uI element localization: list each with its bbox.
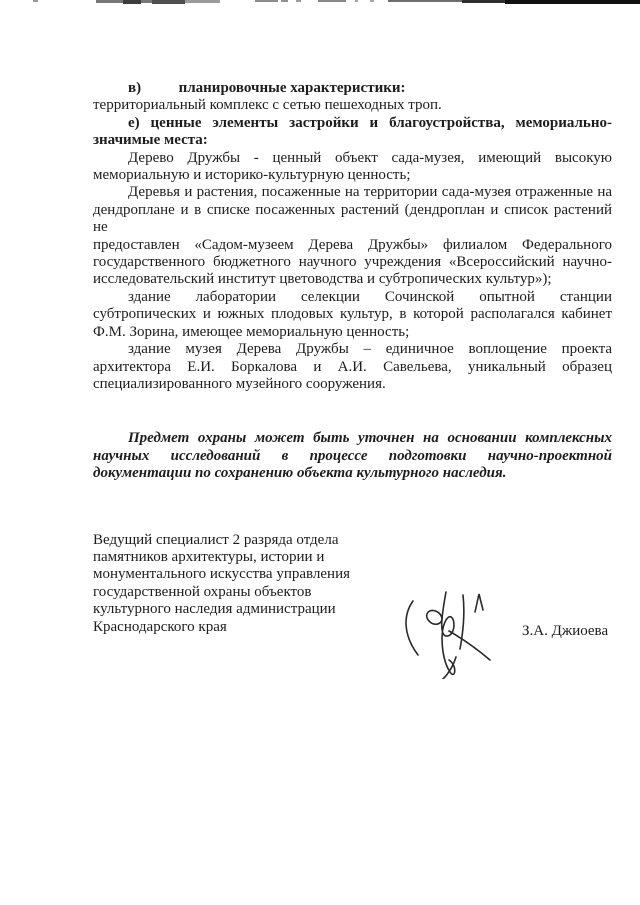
scan-artifact	[33, 0, 38, 2]
scanned-document-page: в) планировочные характеристики: террито…	[0, 0, 640, 905]
doc-line: государственного бюджетного научного учр…	[93, 254, 612, 271]
doc-line: здание лаборатории селекции Сочинской оп…	[93, 289, 612, 306]
doc-line-heading-e: е) ценные элементы застройки и благоустр…	[93, 115, 612, 132]
signee-title-line: монументального искусства управления	[93, 566, 403, 583]
doc-line: территориальный комплекс с сетью пешеход…	[93, 97, 612, 114]
doc-line: Ф.М. Зорина, имеющее мемориальную ценнос…	[93, 324, 612, 341]
doc-line-note: документации по сохранению объекта культ…	[93, 465, 612, 482]
scan-artifact	[281, 0, 288, 2]
signee-title-line: Ведущий специалист 2 разряда отдела	[93, 532, 403, 549]
scan-artifact	[370, 0, 374, 2]
signee-title: Ведущий специалист 2 разряда отдела памя…	[93, 532, 403, 636]
scan-artifact	[255, 0, 278, 2]
doc-line: мемориальную и историко-культурную ценно…	[93, 167, 612, 184]
doc-line: здание музея Дерева Дружбы – единичное в…	[93, 341, 612, 358]
handwritten-signature-icon	[401, 587, 491, 679]
signee-title-line: Краснодарского края	[93, 619, 403, 636]
signee-title-line: культурного наследия администрации	[93, 601, 403, 618]
doc-line-heading-v: в) планировочные характеристики:	[93, 80, 612, 97]
doc-line: исследовательский институт цветоводства …	[93, 271, 612, 288]
doc-line-note: Предмет охраны может быть уточнен на осн…	[93, 430, 612, 447]
scan-artifact	[96, 0, 126, 3]
scan-artifact	[296, 0, 301, 2]
signature-block: Ведущий специалист 2 разряда отдела памя…	[93, 532, 612, 692]
document-body: в) планировочные характеристики: террито…	[93, 80, 612, 692]
doc-line: предоставлен «Садом-музеем Дерева Дружбы…	[93, 237, 612, 254]
signee-name: З.А. Джиоева	[522, 623, 608, 640]
doc-line: Деревья и растения, посаженные на террит…	[93, 184, 612, 201]
doc-line: дендроплане и в списке посаженных растен…	[93, 202, 612, 237]
doc-line: архитектора Е.И. Боркалова и А.И. Савель…	[93, 359, 612, 376]
scan-artifact	[123, 0, 141, 4]
signee-title-line: государственной охраны объектов	[93, 584, 403, 601]
doc-line: Дерево Дружбы - ценный объект сада-музея…	[93, 150, 612, 167]
doc-line-note: научных исследований в процессе подготов…	[93, 448, 612, 465]
scan-artifact	[185, 0, 220, 3]
signee-title-line: памятников архитектуры, истории и	[93, 549, 403, 566]
doc-line: субтропических и южных плодовых культур,…	[93, 306, 612, 323]
scan-artifact	[318, 0, 346, 2]
doc-line: специализированного музейного сооружения…	[93, 376, 612, 393]
scan-artifact	[355, 0, 358, 2]
scan-artifact	[388, 0, 468, 2]
scan-artifact	[152, 0, 185, 4]
scan-artifact	[505, 0, 640, 4]
doc-line-heading-e-cont: значимые места:	[93, 132, 612, 149]
